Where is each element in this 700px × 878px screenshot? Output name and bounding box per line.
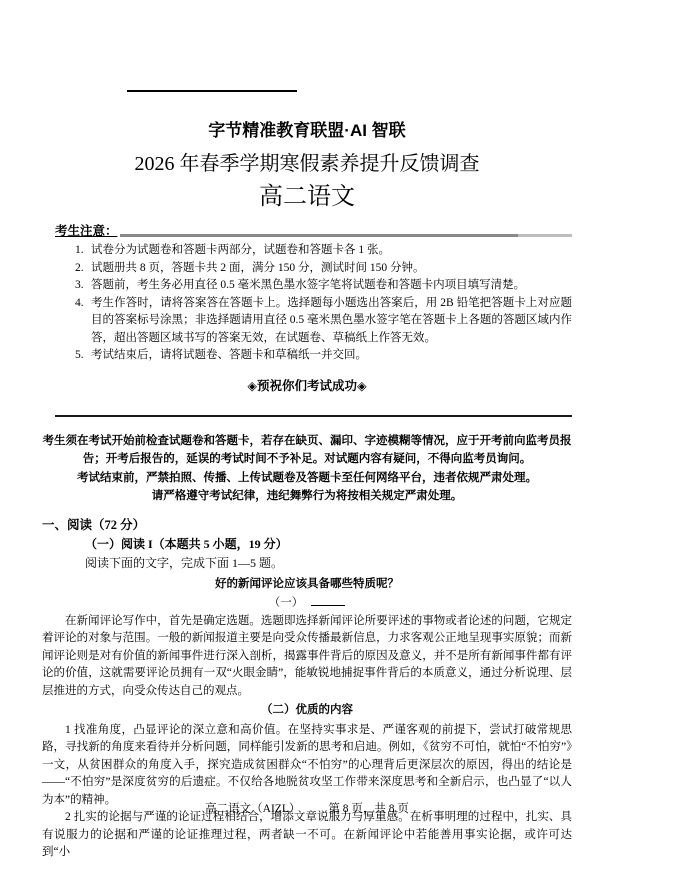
page-footer: 高二语文（AIZL）第 8 页，共 8 页	[42, 800, 572, 816]
notice-item-text: 答题前，考生务必用直径 0.5 毫米黑色墨水签字笔将试题卷和答题卡内项目填写清楚…	[91, 277, 572, 295]
notice-item-text: 试题册共 8 页，答题卡共 2 面，满分 150 分，测试时间 150 分钟。	[91, 260, 572, 278]
notice-item: 1. 试卷分为试题卷和答题卡两部分，试题卷和答题卡各 1 张。	[55, 242, 572, 260]
exam-title: 2026 年春季学期寒假素养提升反馈调查	[42, 151, 572, 177]
warning-line: 告；开考后报告的，延误的考试时间不予补足。对试题内容有疑问，不得向监考员询问。	[42, 450, 572, 469]
footer-page-number: 第 8 页，共 8 页	[328, 803, 409, 815]
notice-header: 考生注意：	[42, 223, 572, 239]
notice-rule	[120, 234, 572, 237]
passage-section-1-heading: （一）	[42, 595, 572, 613]
notice-item-number: 3.	[55, 277, 91, 295]
notice-item: 5. 考试结束后，请将试题卷、答题卡和草稿纸一并交回。	[55, 347, 572, 365]
notice-item-number: 1.	[55, 242, 91, 260]
part-title: 一、阅读（72 分）	[42, 516, 572, 535]
notice-item-number: 2.	[55, 260, 91, 278]
section-1-label: （一）	[269, 597, 304, 609]
organization-title: 字节精准教育联盟·AI 智联	[42, 120, 572, 142]
passage-paragraph-2: 1 找准角度，凸显评论的深立意和高价值。在坚持实事求是、严谨客观的前提下，尝试打…	[42, 722, 572, 810]
blank-underline	[311, 595, 345, 606]
notice-list: 1. 试卷分为试题卷和答题卡两部分，试题卷和答题卡各 1 张。 2. 试题册共 …	[55, 242, 572, 365]
notice-item: 4. 考生作答时，请将答案答在答题卡上。选择题每小题选出答案后，用 2B 铅笔把…	[55, 295, 572, 348]
exam-paper-page: 字节精准教育联盟·AI 智联 2026 年春季学期寒假素养提升反馈调查 高二语文…	[42, 120, 572, 862]
paper-header: 字节精准教育联盟·AI 智联 2026 年春季学期寒假素养提升反馈调查 高二语文	[42, 120, 572, 212]
passage-paragraph-1: 在新闻评论写作中，首先是确定选题。选题即选择新闻评论所要评述的事物或者论述的问题…	[42, 613, 572, 701]
notice-item-text: 考试结束后，请将试题卷、答题卡和草稿纸一并交回。	[91, 347, 572, 365]
footer-subject: 高二语文（AIZL）	[205, 803, 300, 815]
section-divider	[55, 415, 572, 417]
notice-item: 3. 答题前，考生务必用直径 0.5 毫米黑色墨水签字笔将试题卷和答题卡内项目填…	[55, 277, 572, 295]
passage-section-2-heading: （二）优质的内容	[42, 702, 572, 720]
header-rule	[127, 90, 297, 92]
notice-item-number: 4.	[55, 295, 91, 348]
passage-title: 好的新闻评论应该具备哪些特质呢？	[42, 576, 572, 594]
warning-line: 考试结束前，严禁拍照、传播、上传试题卷及答题卡至任何网络平台，违者依规严肃处理。	[42, 469, 572, 488]
notice-item-number: 5.	[55, 347, 91, 365]
notice-item: 2. 试题册共 8 页，答题卡共 2 面，满分 150 分，测试时间 150 分…	[55, 260, 572, 278]
good-luck-line: ◈预祝你们考试成功◈	[42, 376, 572, 394]
warning-line: 请严格遵守考试纪律，违纪舞弊行为将按相关规定严肃处理。	[42, 487, 572, 506]
reading-instruction: 阅读下面的文字，完成下面 1—5 题。	[85, 554, 572, 573]
warning-line: 考生须在考试开始前检查试题卷和答题卡，若存在缺页、漏印、字迹模糊等情况，应于开考…	[42, 432, 572, 451]
subject-title: 高二语文	[42, 182, 572, 212]
part-sub-title: （一）阅读 I（本题共 5 小题，19 分）	[85, 535, 572, 554]
passage-paragraph-3: 2 扎实的论据与严谨的论证过程相结合，增添文章说服力与厚重感。在析事明理的过程中…	[42, 809, 572, 862]
notice-item-text: 考生作答时，请将答案答在答题卡上。选择题每小题选出答案后，用 2B 铅笔把答题卡…	[91, 295, 572, 348]
notice-label: 考生注意：	[55, 223, 118, 239]
notice-item-text: 试卷分为试题卷和答题卡两部分，试题卷和答题卡各 1 张。	[91, 242, 572, 260]
exam-warning-block: 考生须在考试开始前检查试题卷和答题卡，若存在缺页、漏印、字迹模糊等情况，应于开考…	[42, 432, 572, 506]
